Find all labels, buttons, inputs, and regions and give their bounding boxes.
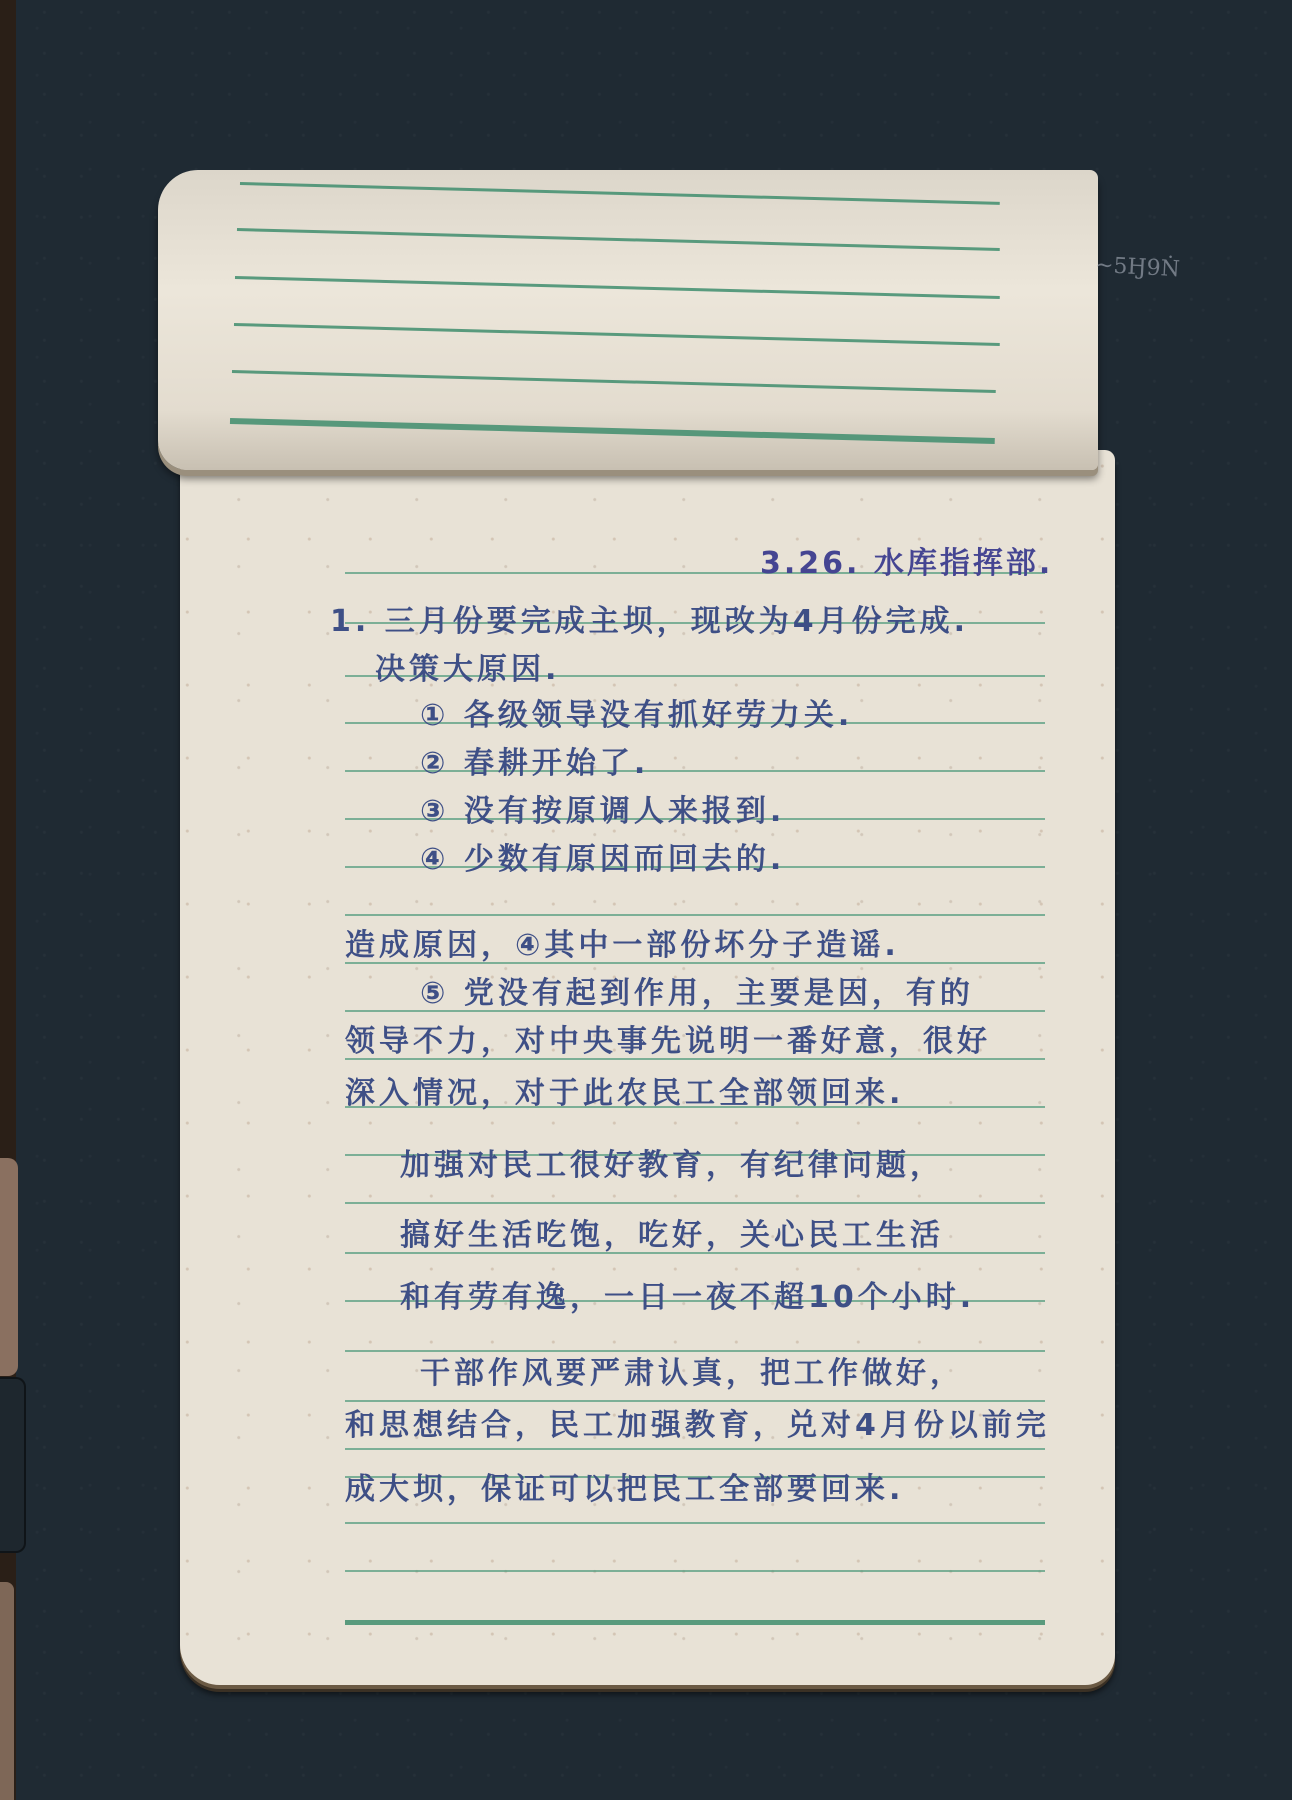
handwritten-line: 和思想结合，民工加强教育，兑对4月份以前完: [345, 1400, 1050, 1444]
handwritten-line: ② 春耕开始了.: [420, 738, 649, 782]
ruled-line: [345, 1202, 1045, 1204]
ruled-line: [345, 914, 1045, 916]
handwritten-line: 领导不力，对中央事先说明一番好意，很好: [345, 1016, 991, 1060]
handwritten-line: 成大坝，保证可以把民工全部要回来.: [345, 1464, 904, 1508]
binder-tab: [0, 1377, 26, 1553]
ruled-line: [345, 1570, 1045, 1572]
handwritten-line: 决策大原因.: [375, 644, 560, 688]
handwritten-line: ① 各级领导没有抓好劳力关.: [420, 690, 853, 734]
handwritten-line: 干部作风要严肃认真，把工作做好，: [420, 1348, 964, 1392]
binder-tab: [0, 1158, 18, 1376]
faint-bleedthrough-text: ~5Ӈ9Ṅ: [1094, 253, 1180, 282]
ruled-line: [345, 1522, 1045, 1524]
handwritten-line: 加强对民工很好教育，有纪律问题，: [400, 1140, 944, 1184]
binder-tab: [0, 1582, 14, 1800]
handwritten-line: 造成原因，④其中一部份坏分子造谣.: [345, 920, 900, 964]
ruled-line: [345, 1448, 1045, 1450]
date-heading: 3.26. 水库指挥部.: [760, 538, 1053, 582]
handwritten-line: 深入情况，对于此农民工全部领回来.: [345, 1068, 904, 1112]
ruled-line-bottom: [345, 1620, 1045, 1625]
handwritten-line: 和有劳有逸，一日一夜不超10个小时.: [400, 1272, 975, 1316]
handwritten-line: ③ 没有按原调人来报到.: [420, 786, 785, 830]
handwritten-line: ⑤ 党没有起到作用，主要是因，有的: [420, 968, 974, 1012]
handwritten-line: 1. 三月份要完成主坝，现改为4月份完成.: [330, 596, 969, 640]
handwritten-line: 搞好生活吃饱，吃好，关心民工生活: [400, 1210, 944, 1254]
handwritten-line: ④ 少数有原因而回去的.: [420, 834, 785, 878]
